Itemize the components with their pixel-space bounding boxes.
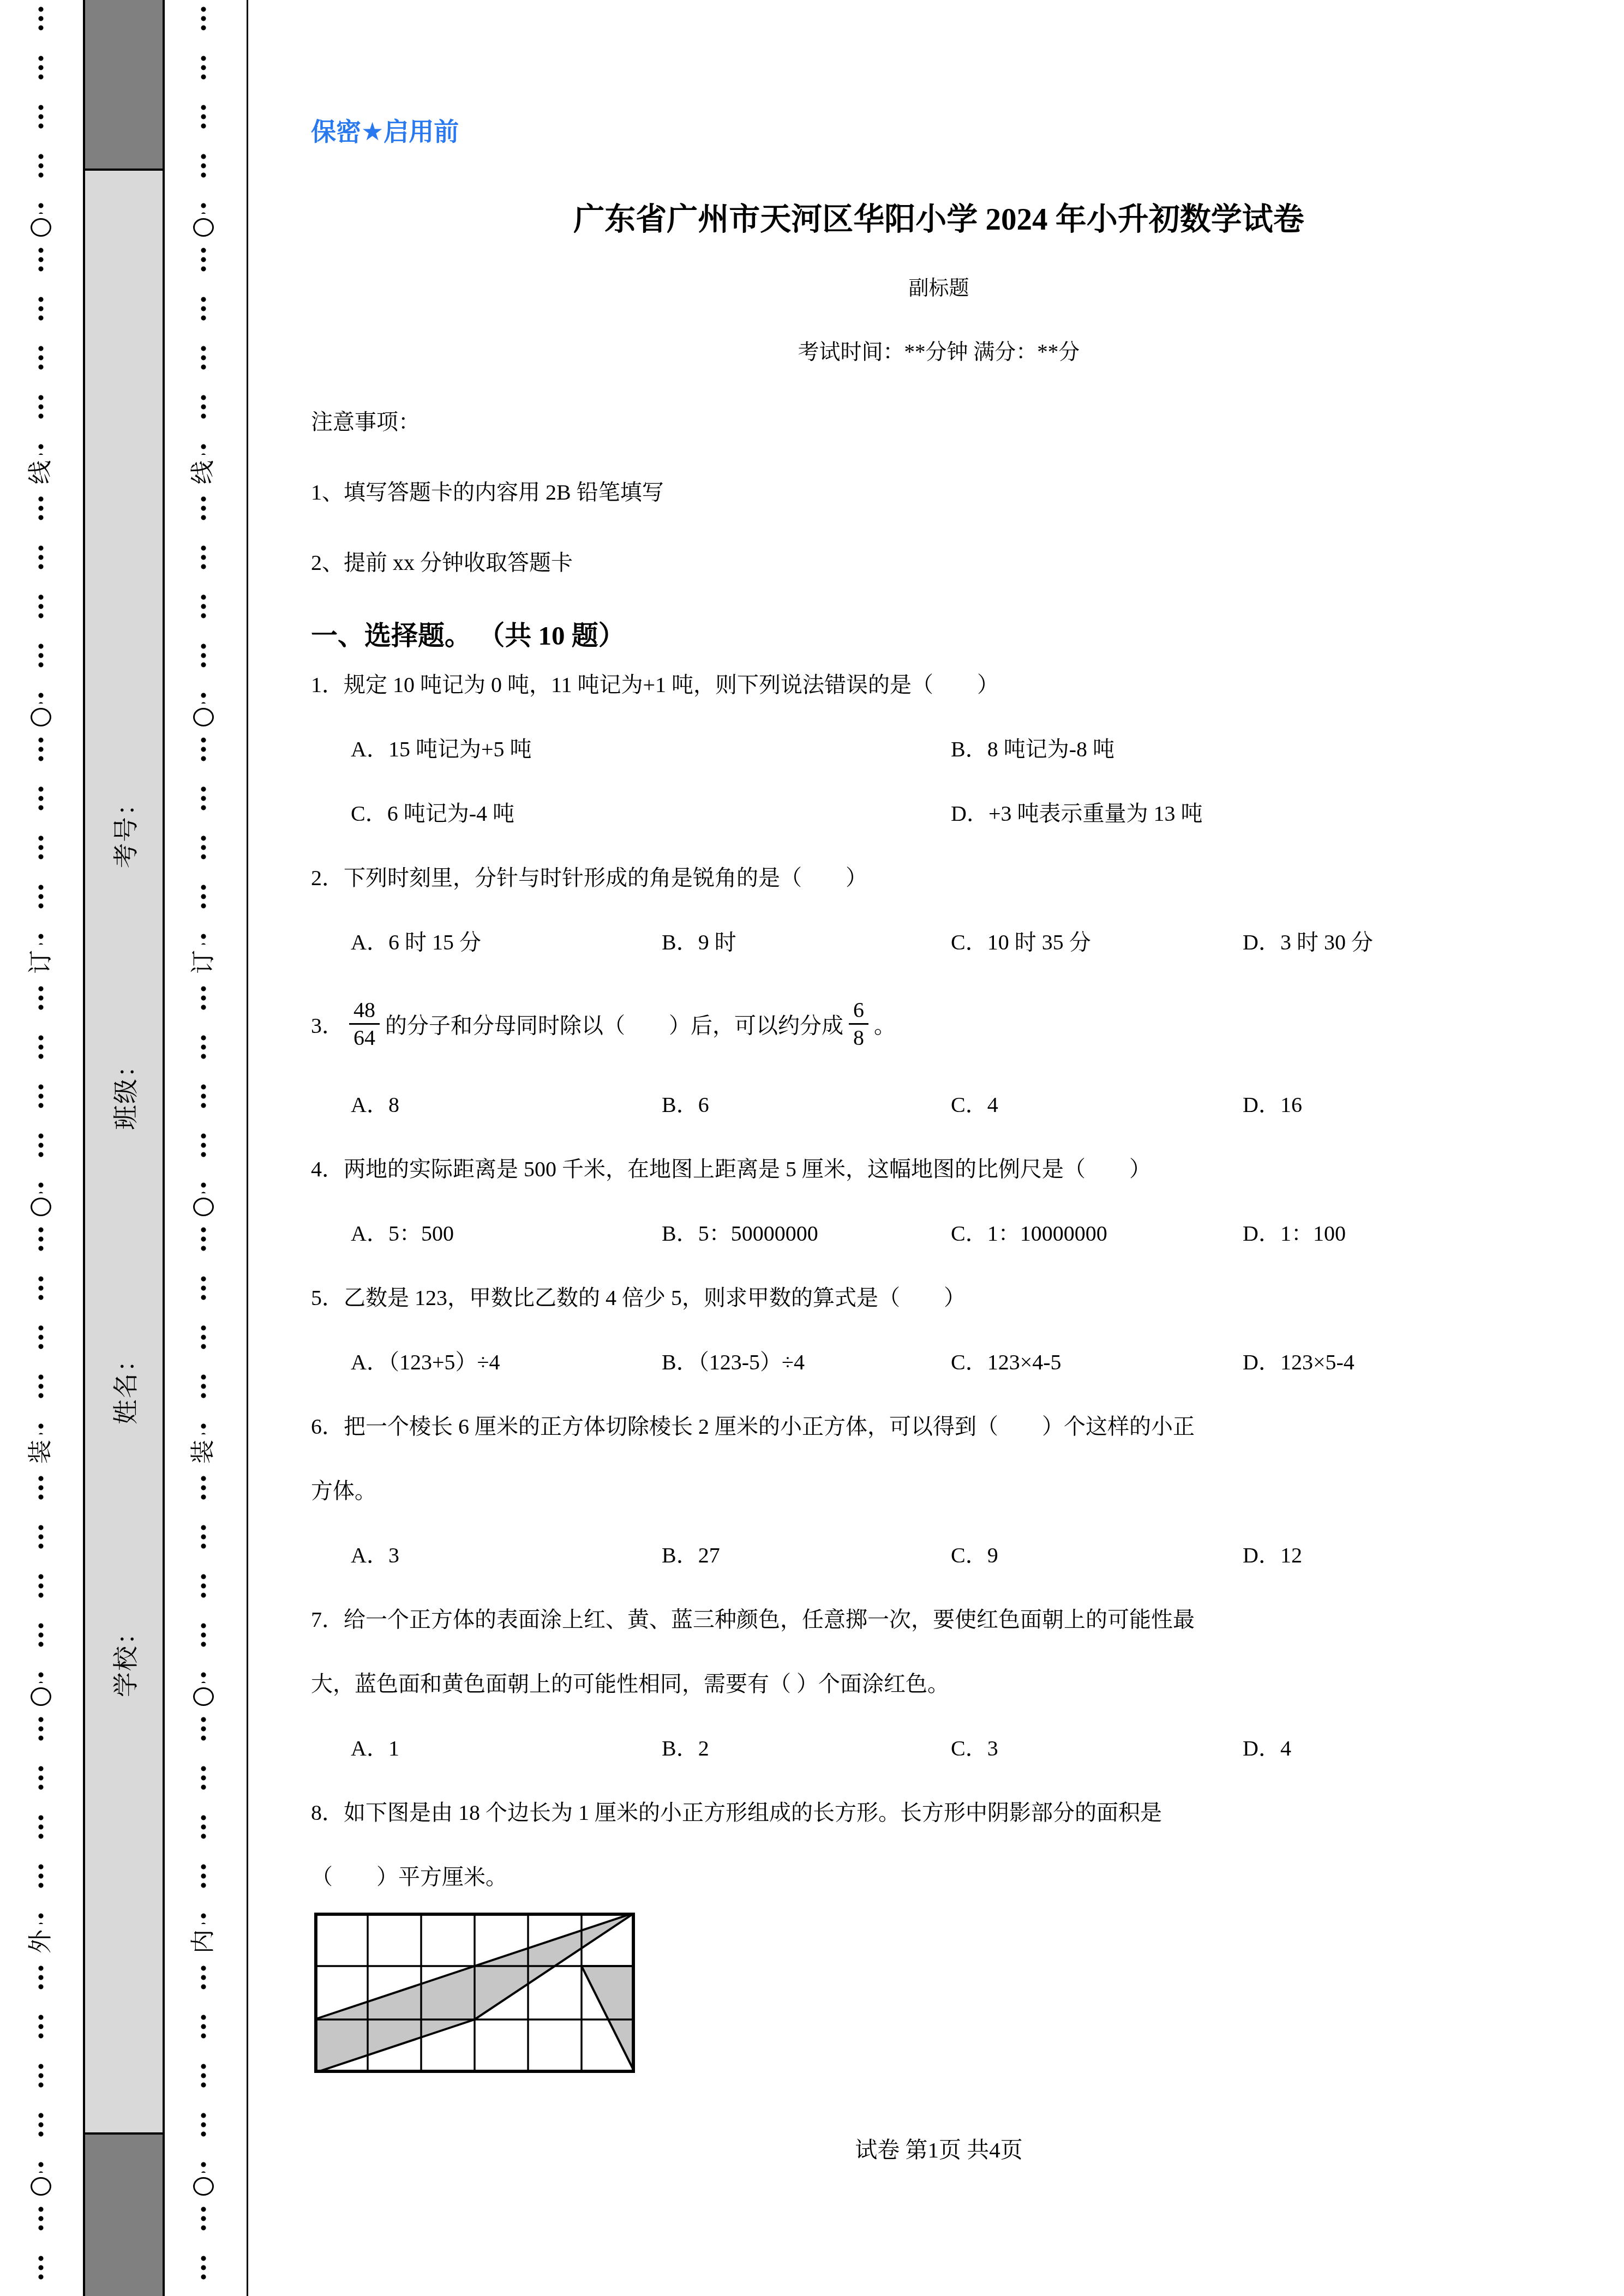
margin-char-ding: 订 xyxy=(186,950,221,974)
dotted-line-segment xyxy=(38,731,44,945)
margin-char-zhuang: 装 xyxy=(186,1440,221,1464)
question-7-stem: 7．给一个正方体的表面涂上红、黄、蓝三种颜色，任意掷一次，要使红色面朝上的可能性… xyxy=(311,1588,1567,1716)
dotted-line-segment xyxy=(201,2200,206,2296)
option-b: B．8 吨记为-8 吨 xyxy=(951,717,1114,782)
section-heading: 一、选择题。 （共 10 题） xyxy=(311,615,1567,653)
question-3-number: 3． xyxy=(311,1008,344,1039)
notices-title: 注意事项： xyxy=(311,405,1567,436)
question-1-stem: 1．规定 10 吨记为 0 吨，11 吨记为+1 吨，则下列说法错误的是（ ） xyxy=(311,653,1567,717)
question-8-stem: 8．如下图是由 18 个边长为 1 厘米的小正方形组成的长方形。长方形中阴影部分… xyxy=(311,1781,1567,1909)
option-c: C．10 时 35 分 xyxy=(951,910,1091,975)
option-b: B．2 xyxy=(662,1716,709,1781)
punch-hole-circle xyxy=(193,1198,214,1216)
punch-hole-circle xyxy=(31,1198,51,1216)
dotted-line-segment xyxy=(38,1959,44,2173)
margin-char-wai: 外 xyxy=(23,1930,58,1954)
dotted-line-segment xyxy=(38,0,44,214)
question-7-options-row: A．1 B．2 C．3 D．4 xyxy=(311,1716,1567,1781)
punch-hole-circle xyxy=(193,1687,214,1706)
fraction-6-8: 6 8 xyxy=(849,997,868,1051)
option-a: A．（123+5）÷4 xyxy=(351,1330,500,1395)
punch-hole-circle xyxy=(31,1687,51,1706)
bar-bottom-cap xyxy=(85,2132,163,2296)
fraction-48-64: 48 64 xyxy=(349,997,380,1051)
question-6-stem: 6．把一个棱长 6 厘米的正方体切除棱长 2 厘米的小正方体，可以得到（ ）个这… xyxy=(311,1395,1567,1523)
field-label-school: 学校： xyxy=(106,1619,142,1697)
margin-char-xian: 线 xyxy=(23,460,58,484)
dotted-line-segment xyxy=(38,2200,44,2296)
option-a: A．6 时 15 分 xyxy=(351,910,481,975)
question-4-options-row: A．5：500 B．5：50000000 C．1：10000000 D．1：10… xyxy=(311,1201,1567,1266)
punch-hole-circle xyxy=(31,218,51,237)
option-a: A．15 吨记为+5 吨 xyxy=(351,717,531,782)
exam-paper-page: { "header": { "confidential": "保密★启用前", … xyxy=(0,0,1624,2296)
option-b: B．9 时 xyxy=(662,910,736,975)
option-a: A．5：500 xyxy=(351,1201,454,1266)
dotted-line-segment xyxy=(38,979,44,1193)
page-title: 广东省广州市天河区华阳小学 2024 年小升初数学试卷 xyxy=(311,194,1567,239)
dotted-line-segment xyxy=(201,1710,206,1924)
question-3-stem: 3． 48 64 的分子和分母同时除以（ ）后，可以约分成 6 8 。 xyxy=(311,975,1567,1073)
page-subtitle: 副标题 xyxy=(311,272,1567,301)
margin-char-ding: 订 xyxy=(23,950,58,974)
option-c: C．1：10000000 xyxy=(951,1201,1107,1266)
notice-item: 1、填写答题卡的内容用 2B 铅笔填写 xyxy=(311,475,1567,506)
option-c: C．6 吨记为-4 吨 xyxy=(351,782,514,846)
question-3-period: 。 xyxy=(874,1008,896,1039)
option-c: C．4 xyxy=(951,1073,998,1137)
question-3-options-row: A．8 B．6 C．4 D．16 xyxy=(311,1073,1567,1137)
option-c: C．3 xyxy=(951,1716,998,1781)
option-d: D．4 xyxy=(1243,1716,1291,1781)
question-3-text: 的分子和分母同时除以（ ）后，可以约分成 xyxy=(385,1008,843,1039)
option-b: B．5：50000000 xyxy=(662,1201,818,1266)
field-label-class: 班级： xyxy=(106,1051,142,1130)
option-a: A．1 xyxy=(351,1716,399,1781)
margin-char-zhuang: 装 xyxy=(23,1440,58,1464)
question-1-options-row: A．15 吨记为+5 吨 B．8 吨记为-8 吨 xyxy=(311,717,1567,782)
exam-info: 考试时间：**分钟 满分：**分 xyxy=(311,335,1567,365)
content-area: 保密★启用前 广东省广州市天河区华阳小学 2024 年小升初数学试卷 副标题 考… xyxy=(248,0,1624,2296)
dotted-line-segment xyxy=(38,241,44,455)
notice-item: 2、提前 xx 分钟收取答题卡 xyxy=(311,545,1567,576)
option-d: D．+3 吨表示重量为 13 吨 xyxy=(951,782,1202,846)
bar-top-cap xyxy=(85,0,163,171)
option-c: C．9 xyxy=(951,1523,998,1588)
student-info-bar: 考号： 班级： 姓名： 学校： xyxy=(83,0,165,2296)
margin-char-nei: 内 xyxy=(186,1930,221,1954)
punch-hole-circle xyxy=(193,218,214,237)
option-b: B．6 xyxy=(662,1073,709,1137)
dotted-line-segment xyxy=(38,1221,44,1434)
question-1-options-row: C．6 吨记为-4 吨 D．+3 吨表示重量为 13 吨 xyxy=(311,782,1567,846)
dotted-line-segment xyxy=(201,1469,206,1683)
dotted-line-segment xyxy=(201,979,206,1193)
dotted-line-segment xyxy=(201,1959,206,2173)
punch-hole-circle xyxy=(193,2177,214,2196)
question-2-stem: 2．下列时刻里，分针与时针形成的角是锐角的是（ ） xyxy=(311,846,1567,910)
dotted-line-segment xyxy=(201,241,206,455)
option-d: D．1：100 xyxy=(1243,1201,1346,1266)
question-2-options-row: A．6 时 15 分 B．9 时 C．10 时 35 分 D．3 时 30 分 xyxy=(311,910,1567,975)
option-b: B．（123-5）÷4 xyxy=(662,1330,805,1395)
question-5-options-row: A．（123+5）÷4 B．（123-5）÷4 C．123×4-5 D．123×… xyxy=(311,1330,1567,1395)
option-d: D．16 xyxy=(1243,1073,1302,1137)
option-b: B．27 xyxy=(662,1523,720,1588)
binding-margin-outer: 线 订 装 外 xyxy=(23,0,59,2296)
option-d: D．3 时 30 分 xyxy=(1243,910,1373,975)
dotted-line-segment xyxy=(201,0,206,214)
field-label-name: 姓名： xyxy=(106,1346,142,1425)
grid-figure-svg xyxy=(314,1913,635,2073)
option-c: C．123×4-5 xyxy=(951,1330,1062,1395)
dotted-line-segment xyxy=(201,490,206,704)
dotted-line-segment xyxy=(38,490,44,704)
field-label-exam-number: 考号： xyxy=(106,790,142,868)
punch-hole-circle xyxy=(31,2177,51,2196)
option-a: A．8 xyxy=(351,1073,399,1137)
question-5-stem: 5．乙数是 123，甲数比乙数的 4 倍少 5，则求甲数的算式是（ ） xyxy=(311,1266,1567,1330)
question-6-options-row: A．3 B．27 C．9 D．12 xyxy=(311,1523,1567,1588)
dotted-line-segment xyxy=(38,1469,44,1683)
page-footer: 试卷 第1页 共4页 xyxy=(311,2132,1567,2164)
grid-figure xyxy=(314,1913,1567,2073)
option-a: A．3 xyxy=(351,1523,399,1588)
punch-hole-circle xyxy=(31,708,51,726)
question-4-stem: 4．两地的实际距离是 500 千米，在地图上距离是 5 厘米，这幅地图的比例尺是… xyxy=(311,1137,1567,1201)
punch-hole-circle xyxy=(193,708,214,726)
dotted-line-segment xyxy=(201,1221,206,1434)
option-d: D．123×5-4 xyxy=(1243,1330,1355,1395)
option-d: D．12 xyxy=(1243,1523,1302,1588)
confidential-label: 保密★启用前 xyxy=(311,112,1567,148)
dotted-line-segment xyxy=(201,731,206,945)
binding-margin-inner: 线 订 装 内 xyxy=(185,0,221,2296)
dotted-line-segment xyxy=(38,1710,44,1924)
margin-char-xian: 线 xyxy=(186,460,221,484)
